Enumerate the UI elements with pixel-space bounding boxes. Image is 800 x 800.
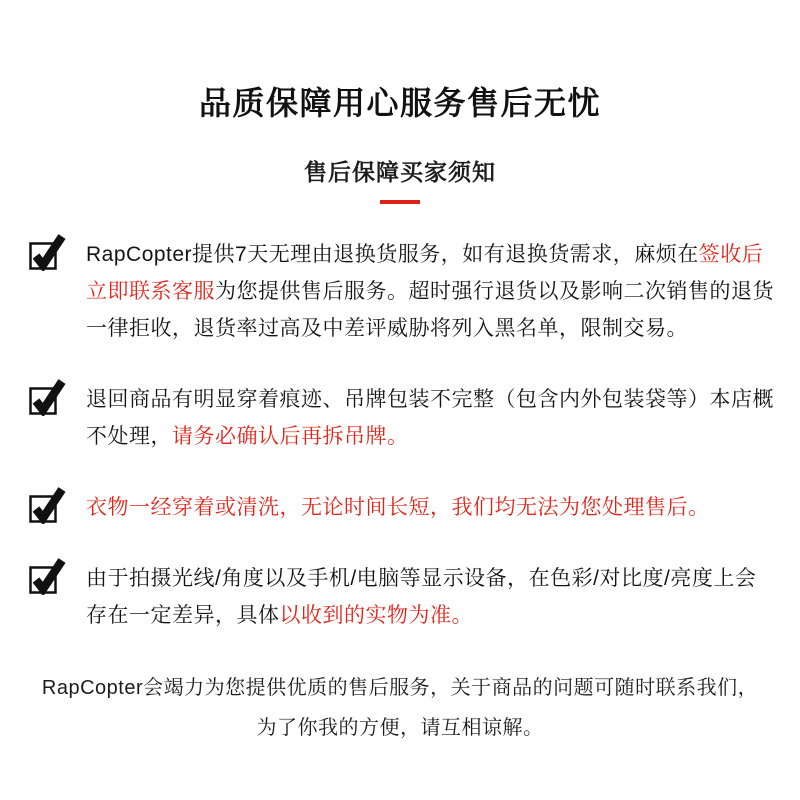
notice-item-return-policy: RapCopter提供7天无理由退换货服务，如有退换货需求，麻烦在签收后立即联系… bbox=[26, 236, 774, 347]
notice-item-returned-goods-condition: 退回商品有明显穿着痕迹、吊牌包装不完整（包含内外包装袋等）本店概不处理，请务必确… bbox=[26, 381, 774, 455]
notice-text: 退回商品有明显穿着痕迹、吊牌包装不完整（包含内外包装袋等）本店概不处理，请务必确… bbox=[86, 381, 774, 455]
page-subtitle: 售后保障买家须知 bbox=[26, 154, 774, 187]
notice-text: 衣物一经穿着或清洗，无论时间长短，我们均无法为您处理售后。 bbox=[86, 489, 710, 526]
after-sales-notice-page: 品质保障用心服务售后无忧 售后保障买家须知 RapCopter提供7天无理由退换… bbox=[0, 0, 800, 800]
notice-text-segment: RapCopter提供7天无理由退换货服务，如有退换货需求，麻烦在 bbox=[86, 243, 699, 266]
page-title: 品质保障用心服务售后无忧 bbox=[26, 78, 774, 124]
checkbox-checked-icon bbox=[28, 557, 66, 595]
red-divider bbox=[380, 200, 420, 204]
notice-item-worn-washed: 衣物一经穿着或清洗，无论时间长短，我们均无法为您处理售后。 bbox=[26, 489, 774, 526]
checkbox-checked-icon bbox=[28, 378, 66, 416]
notice-text: 由于拍摄光线/角度以及手机/电脑等显示设备，在色彩/对比度/亮度上会存在一定差异… bbox=[86, 560, 774, 634]
notice-text-segment: 衣物一经穿着或清洗，无论时间长短，我们均无法为您处理售后。 bbox=[86, 496, 710, 519]
notice-text-segment: 以收到的实物为准。 bbox=[280, 604, 474, 627]
footer-message: RapCopter会竭力为您提供优质的售后服务，关于商品的问题可随时联系我们， … bbox=[26, 668, 774, 748]
notice-item-color-difference: 由于拍摄光线/角度以及手机/电脑等显示设备，在色彩/对比度/亮度上会存在一定差异… bbox=[26, 560, 774, 634]
footer-line-1: RapCopter会竭力为您提供优质的售后服务，关于商品的问题可随时联系我们， bbox=[26, 668, 774, 708]
checkbox-checked-icon bbox=[28, 486, 66, 524]
notice-text: RapCopter提供7天无理由退换货服务，如有退换货需求，麻烦在签收后立即联系… bbox=[86, 236, 774, 347]
notice-list: RapCopter提供7天无理由退换货服务，如有退换货需求，麻烦在签收后立即联系… bbox=[26, 236, 774, 634]
notice-text-segment: 请务必确认后再拆吊牌。 bbox=[172, 425, 409, 448]
checkbox-checked-icon bbox=[28, 233, 66, 271]
footer-line-2: 为了你我的方便，请互相谅解。 bbox=[26, 708, 774, 748]
